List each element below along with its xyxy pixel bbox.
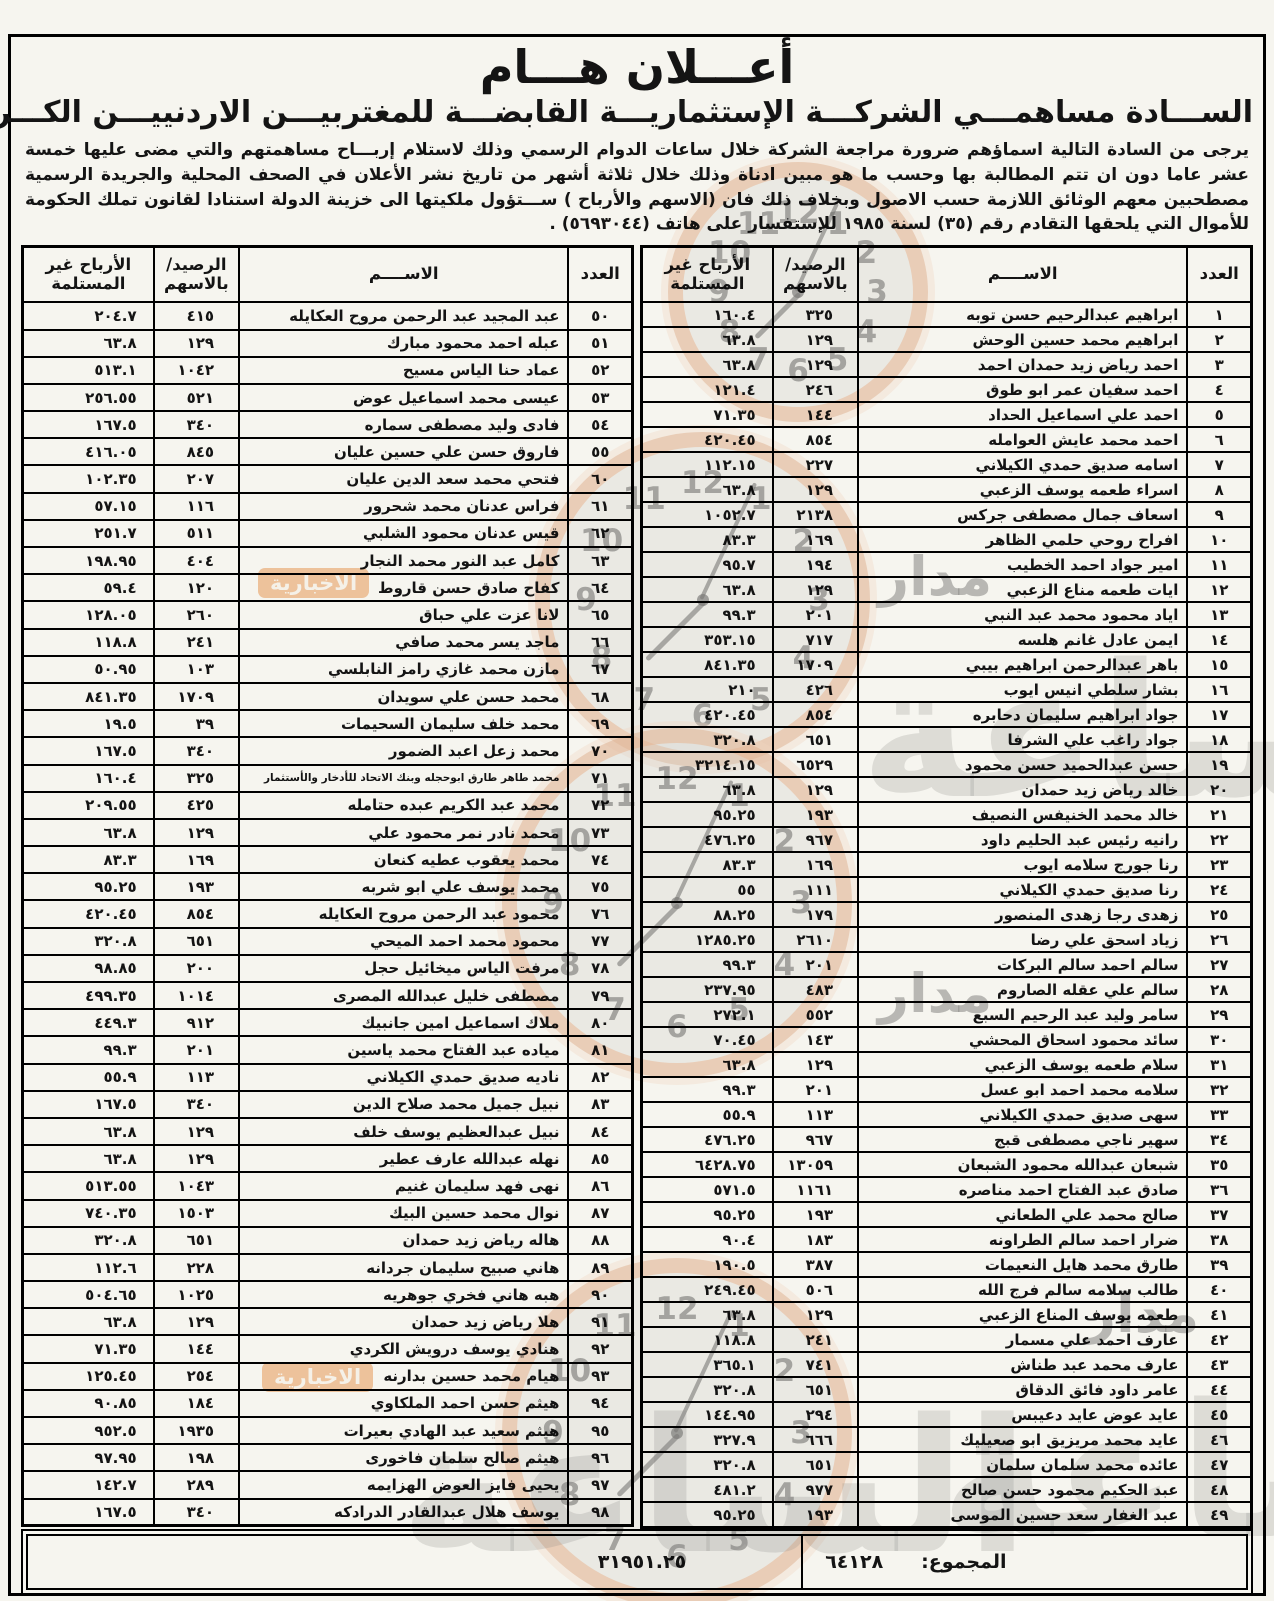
table-row: ٣٨ضرار احمد سالم الطراونه١٨٣٩٠.٤ — [642, 1227, 1252, 1252]
row-number: ٩٢ — [568, 1335, 632, 1362]
unclaimed-profits: ٤٩٩.٣٥ — [23, 982, 154, 1009]
shareholder-name: نبيل عبدالعظيم يوسف خلف — [239, 1118, 568, 1145]
unclaimed-profits: ١٤٤.٩٥ — [642, 1402, 773, 1427]
shareholder-name: ناديه صديق حمدي الكيلاني — [239, 1064, 568, 1091]
shareholder-name: كامل عبد النور محمد النجار — [239, 547, 568, 574]
shares-balance: ٢٠١ — [773, 1077, 858, 1102]
unclaimed-profits: ١١٢.١٥ — [642, 452, 773, 477]
table-row: ١٨جواد راغب علي الشرفا٦٥١٣٢٠.٨ — [642, 727, 1252, 752]
unclaimed-profits: ١٩٨.٩٥ — [23, 547, 154, 574]
unclaimed-profits: ٨٣.٣ — [642, 852, 773, 877]
shares-balance: ١٢٩ — [154, 819, 239, 846]
col-header-profits-line1: الأرباح غير — [664, 255, 750, 274]
totals-shares-cell: المجموع: ٦٤١٢٨ — [801, 1536, 1246, 1588]
unclaimed-profits: ٢٠٤.٧ — [23, 302, 154, 329]
table-row: ٣١سلام طعمه يوسف الزعبي١٢٩٦٣.٨ — [642, 1052, 1252, 1077]
unclaimed-profits: ٥٥.٩ — [642, 1102, 773, 1127]
unclaimed-profits: ٥٥ — [642, 877, 773, 902]
shareholder-name: ماجد يسر محمد صافي — [239, 629, 568, 656]
shares-balance: ٦٦٦ — [773, 1427, 858, 1452]
table-header-row: العدد الاســــم الرصيد/بالاسهم الأرباح غ… — [642, 246, 1252, 302]
unclaimed-profits: ٥١٣.٥٥ — [23, 1172, 154, 1199]
shares-balance: ٣٤٠ — [154, 737, 239, 764]
shareholder-name: هاني صبيح سليمان جردانه — [239, 1254, 568, 1281]
unclaimed-profits: ١١٨.٨ — [642, 1327, 773, 1352]
unclaimed-profits: ٩٥٢.٥ — [23, 1417, 154, 1444]
shares-balance: ٢٠٧ — [154, 465, 239, 492]
table-row: ٩اسعاف جمال مصطفى جركس٢١٣٨١٠٥٢.٧ — [642, 502, 1252, 527]
row-number: ٤٧ — [1187, 1452, 1251, 1477]
row-number: ٤٠ — [1187, 1277, 1251, 1302]
col-header-profits: الأرباح غيرالمستلمة — [642, 246, 773, 302]
shareholder-name: زياد اسحق علي رضا — [858, 927, 1187, 952]
row-number: ٨١ — [568, 1036, 632, 1063]
shareholder-name: مياده عبد الفتاح محمد ياسين — [239, 1036, 568, 1063]
unclaimed-profits: ٣٢١٤.١٥ — [642, 752, 773, 777]
shareholder-name: محمد خلف سليمان السحيمات — [239, 710, 568, 737]
unclaimed-profits: ٦٤٢٨.٧٥ — [642, 1152, 773, 1177]
shareholder-name: ايات طعمه مناع الزعبي — [858, 577, 1187, 602]
table-row: ٤٨عبد الحكيم محمود حسن صالح٩٧٧٤٨١.٢ — [642, 1477, 1252, 1502]
shares-balance: ١١٣ — [154, 1064, 239, 1091]
table-row: ١٢ايات طعمه مناع الزعبي١٢٩٦٣.٨ — [642, 577, 1252, 602]
shareholder-name: نهى فهد سليمان غنيم — [239, 1172, 568, 1199]
shares-balance: ٢٠٠ — [154, 955, 239, 982]
shareholder-name: هيام محمد حسين بدارنه — [239, 1363, 568, 1390]
shareholder-name: محمد نادر نمر محمود علي — [239, 819, 568, 846]
row-number: ٩٧ — [568, 1471, 632, 1498]
shareholder-name: سالم علي عقله الصاروم — [858, 977, 1187, 1002]
shares-balance: ٢٠١ — [773, 952, 858, 977]
col-header-balance-line1: الرصيد/ — [785, 255, 845, 274]
shareholder-name: مازن محمد غازي رامز النابلسي — [239, 656, 568, 683]
col-header-profits-line2: المستلمة — [670, 274, 744, 293]
announcement-subtitle: الســـادة مساهمـــي الشركـــة الإستثماري… — [21, 95, 1253, 131]
shares-balance: ٣٨٧ — [773, 1252, 858, 1277]
shareholder-name: محمد عبد الكريم عبده حتامله — [239, 792, 568, 819]
shareholder-name: احمد سفيان عمر ابو طوق — [858, 377, 1187, 402]
row-number: ٣٠ — [1187, 1027, 1251, 1052]
unclaimed-profits: ٩٨.٨٥ — [23, 955, 154, 982]
unclaimed-profits: ٢٣٧.٩٥ — [642, 977, 773, 1002]
unclaimed-profits: ٣٢٧.٩ — [642, 1427, 773, 1452]
row-number: ٦٤ — [568, 574, 632, 601]
shares-balance: ١٣٠٥٩ — [773, 1152, 858, 1177]
shareholder-name: سهير ناجي مصطفى قبج — [858, 1127, 1187, 1152]
shareholder-name: اسراء طعمه يوسف الزعبي — [858, 477, 1187, 502]
shareholder-name: محمد طاهر طارق ابوحجله وبنك الاتحاد للأد… — [239, 765, 568, 792]
row-number: ٢٣ — [1187, 852, 1251, 877]
shareholder-name: جواد راغب علي الشرفا — [858, 727, 1187, 752]
row-number: ٣٩ — [1187, 1252, 1251, 1277]
table-row: ٨اسراء طعمه يوسف الزعبي١٢٩٦٣.٨ — [642, 477, 1252, 502]
table-row: ٧٤محمد يعقوب عطيه كنعان١٦٩٨٣.٣ — [23, 846, 633, 873]
row-number: ٨٥ — [568, 1145, 632, 1172]
row-number: ٦٧ — [568, 656, 632, 683]
unclaimed-profits: ٩٥.٢٥ — [23, 873, 154, 900]
row-number: ٢١ — [1187, 802, 1251, 827]
shareholder-name: خالد محمد الخنيفس النصيف — [858, 802, 1187, 827]
table-row: ٤٧عائده محمد سلمان سلمان٦٥١٣٢٠.٨ — [642, 1452, 1252, 1477]
shares-balance: ١٩٣ — [154, 873, 239, 900]
shares-balance: ٥٠٦ — [773, 1277, 858, 1302]
table-row: ٧٢محمد عبد الكريم عبده حتامله٤٢٥٢٠٩.٥٥ — [23, 792, 633, 819]
unclaimed-profits: ٤٢٠.٤٥ — [642, 427, 773, 452]
table-row: ٦احمد محمد عايش العوامله٨٥٤٤٢٠.٤٥ — [642, 427, 1252, 452]
shareholder-name: عايد عوض عايد دعيبس — [858, 1402, 1187, 1427]
unclaimed-profits: ٣٥٣.١٥ — [642, 627, 773, 652]
unclaimed-profits: ٩٥.٢٥ — [642, 1502, 773, 1527]
shares-balance: ١٤٤ — [154, 1335, 239, 1362]
col-header-number: العدد — [1187, 246, 1251, 302]
shares-balance: ٤١٥ — [154, 302, 239, 329]
table-row: ٣٠سائد محمود اسحاق المحشي١٤٣٧٠.٤٥ — [642, 1027, 1252, 1052]
row-number: ٣ — [1187, 352, 1251, 377]
row-number: ٦ — [1187, 427, 1251, 452]
totals-bar-inner: المجموع: ٦٤١٢٨ ٣١٩٥١.٢٥ — [26, 1534, 1248, 1590]
unclaimed-profits: ١٦٧.٥ — [23, 1499, 154, 1526]
table-row: ٩٥هيثم سعيد عبد الهادي بعيرات١٩٣٥٩٥٢.٥ — [23, 1417, 633, 1444]
table-row: ٣٣سهى صديق حمدي الكيلاني١١٣٥٥.٩ — [642, 1102, 1252, 1127]
table-row: ٢٩سامر وليد عبد الرحيم السبع٥٥٢٢٧٢.١ — [642, 1002, 1252, 1027]
shareholder-name: طعمه يوسف المناع الزعبي — [858, 1302, 1187, 1327]
table-row: ٨٨هاله رياض زيد حمدان٦٥١٣٢٠.٨ — [23, 1227, 633, 1254]
row-number: ٨٧ — [568, 1200, 632, 1227]
table-row: ٨٣نبيل جميل محمد صلاح الدين٣٤٠١٦٧.٥ — [23, 1091, 633, 1118]
unclaimed-profits: ١١٢.٦ — [23, 1254, 154, 1281]
shareholder-name: فراس عدنان محمد شحرور — [239, 493, 568, 520]
shareholder-name: هيثم سعيد عبد الهادي بعيرات — [239, 1417, 568, 1444]
shares-balance: ٨٤٥ — [154, 438, 239, 465]
row-number: ٦٩ — [568, 710, 632, 737]
shares-balance: ٤٢٥ — [154, 792, 239, 819]
table-row: ٩٦هيثم صالح سلمان فاخورى١٩٨٩٧.٩٥ — [23, 1444, 633, 1471]
unclaimed-profits: ٦٣.٨ — [642, 1302, 773, 1327]
shares-balance: ٣٢٥ — [773, 302, 858, 327]
unclaimed-profits: ١٦٧.٥ — [23, 411, 154, 438]
row-number: ٥٢ — [568, 357, 632, 384]
shareholder-name: رنا صديق حمدي الكيلاني — [858, 877, 1187, 902]
unclaimed-profits: ٨٤١.٣٥ — [23, 683, 154, 710]
unclaimed-profits: ٤٨١.٢ — [642, 1477, 773, 1502]
row-number: ٣٣ — [1187, 1102, 1251, 1127]
row-number: ٧ — [1187, 452, 1251, 477]
shareholder-name: ابراهيم محمد حسين الوحش — [858, 327, 1187, 352]
shareholder-name: اسامه صديق حمدي الكيلاني — [858, 452, 1187, 477]
shares-balance: ٦٥١ — [773, 727, 858, 752]
unclaimed-profits: ٣٢٠.٨ — [642, 1377, 773, 1402]
shares-balance: ٨٥٤ — [154, 900, 239, 927]
table-header-row: العدد الاســــم الرصيد/بالاسهم الأرباح غ… — [23, 246, 633, 302]
shares-balance: ١٢٩ — [154, 330, 239, 357]
table-row: ٩٠هبه هاني فخري جوهريه١٠٢٥٥٠٤.٦٥ — [23, 1281, 633, 1308]
shareholders-tables: العدد الاســــم الرصيد/بالاسهم الأرباح غ… — [21, 245, 1253, 1529]
row-number: ٤١ — [1187, 1302, 1251, 1327]
table-row: ٢٤رنا صديق حمدي الكيلاني١١١٥٥ — [642, 877, 1252, 902]
row-number: ٧٥ — [568, 873, 632, 900]
row-number: ٢٨ — [1187, 977, 1251, 1002]
unclaimed-profits: ٥٧.١٥ — [23, 493, 154, 520]
unclaimed-profits: ٩٥.٧ — [642, 552, 773, 577]
unclaimed-profits: ١٤٢.٧ — [23, 1471, 154, 1498]
row-number: ٢ — [1187, 327, 1251, 352]
announcement-title: أعـــلان هـــام — [21, 43, 1253, 91]
shares-balance: ٢٤٦ — [773, 377, 858, 402]
row-number: ٤٢ — [1187, 1327, 1251, 1352]
shareholder-name: بشار سلطي انيس ايوب — [858, 677, 1187, 702]
row-number: ٤٤ — [1187, 1377, 1251, 1402]
shares-balance: ١٤٣ — [773, 1027, 858, 1052]
table-row: ٥احمد علي اسماعيل الحداد١٤٤٧١.٣٥ — [642, 402, 1252, 427]
table-row: ٨٥نهله عبدالله عارف عطير١٢٩٦٣.٨ — [23, 1145, 633, 1172]
shares-balance: ١٩٣٥ — [154, 1417, 239, 1444]
shares-balance: ٥١١ — [154, 520, 239, 547]
unclaimed-profits: ٨٤١.٣٥ — [642, 652, 773, 677]
shareholder-name: اسعاف جمال مصطفى جركس — [858, 502, 1187, 527]
shares-balance: ١٢٩ — [773, 477, 858, 502]
shareholder-name: هيثم حسن احمد الملكاوي — [239, 1390, 568, 1417]
shares-balance: ٤٢٦ — [773, 677, 858, 702]
table-row: ٤٥عايد عوض عايد دعيبس٢٩٤١٤٤.٩٥ — [642, 1402, 1252, 1427]
unclaimed-profits: ٢٥٦.٥٥ — [23, 384, 154, 411]
table-row: ٤١طعمه يوسف المناع الزعبي١٢٩٦٣.٨ — [642, 1302, 1252, 1327]
shareholder-name: شبعان عبدالله محمود الشبعان — [858, 1152, 1187, 1177]
unclaimed-profits: ٢٤٩.٤٥ — [642, 1277, 773, 1302]
table-row: ٦٠فتحي محمد سعد الدين عليان٢٠٧١٠٢.٣٥ — [23, 465, 633, 492]
table-row: ٨٧نوال محمد حسين البيك١٥٠٣٧٤٠.٣٥ — [23, 1200, 633, 1227]
shareholders-table-1-49: العدد الاســــم الرصيد/بالاسهم الأرباح غ… — [640, 245, 1253, 1529]
unclaimed-profits: ٦٣.٨ — [23, 1308, 154, 1335]
table-row: ٢ابراهيم محمد حسين الوحش١٢٩٦٣.٨ — [642, 327, 1252, 352]
shares-balance: ١٠٢٥ — [154, 1281, 239, 1308]
table-row: ٥٥فاروق حسن علي حسين عليان٨٤٥٤١٦.٠٥ — [23, 438, 633, 465]
unclaimed-profits: ١٩.٥ — [23, 710, 154, 737]
row-number: ١٩ — [1187, 752, 1251, 777]
table-row: ٨٠ملاك اسماعيل امين جانبيك٩١٢٤٤٩.٣ — [23, 1009, 633, 1036]
unclaimed-profits: ٩٧.٩٥ — [23, 1444, 154, 1471]
shareholder-name: مرفت الياس ميخائيل حجل — [239, 955, 568, 982]
unclaimed-profits: ٦٣.٨ — [642, 777, 773, 802]
table-row: ٣٢سلامه محمد احمد ابو عسل٢٠١٩٩.٣ — [642, 1077, 1252, 1102]
shares-balance: ١٩٣ — [773, 1502, 858, 1527]
unclaimed-profits: ١٦٧.٥ — [23, 737, 154, 764]
shareholder-name: احمد رياض زيد حمدان احمد — [858, 352, 1187, 377]
unclaimed-profits: ٥٠.٩٥ — [23, 656, 154, 683]
table-row: ٩٣هيام محمد حسين بدارنه٢٥٤١٢٥.٤٥ — [23, 1363, 633, 1390]
shareholder-name: يوسف هلال عبدالقادر الدرادكه — [239, 1499, 568, 1526]
shareholder-name: احمد محمد عايش العوامله — [858, 427, 1187, 452]
table-row: ٥١عبله احمد محمود مبارك١٢٩٦٣.٨ — [23, 330, 633, 357]
unclaimed-profits: ٢١٠ — [642, 677, 773, 702]
shares-balance: ١٠١٤ — [154, 982, 239, 1009]
unclaimed-profits: ٩٥.٢٥ — [642, 1202, 773, 1227]
shares-balance: ٤٠٤ — [154, 547, 239, 574]
row-number: ٢٥ — [1187, 902, 1251, 927]
row-number: ٣٨ — [1187, 1227, 1251, 1252]
unclaimed-profits: ٩٩.٣ — [642, 1077, 773, 1102]
shareholder-name: عيسى محمد اسماعيل عوض — [239, 384, 568, 411]
row-number: ٦٨ — [568, 683, 632, 710]
row-number: ٥٣ — [568, 384, 632, 411]
shares-balance: ١٠٤٢ — [154, 357, 239, 384]
unclaimed-profits: ١١٨.٨ — [23, 629, 154, 656]
totals-profits-value: ٣١٩٥١.٢٥ — [598, 1551, 686, 1573]
shareholder-name: فتحي محمد سعد الدين عليان — [239, 465, 568, 492]
table-row: ٤٢عارف احمد علي مسمار٢٤١١١٨.٨ — [642, 1327, 1252, 1352]
table-row: ٣٥شبعان عبدالله محمود الشبعان١٣٠٥٩٦٤٢٨.٧… — [642, 1152, 1252, 1177]
unclaimed-profits: ٦٣.٨ — [642, 352, 773, 377]
shares-balance: ٦٥١ — [773, 1452, 858, 1477]
shareholder-name: سلامه محمد احمد ابو عسل — [858, 1077, 1187, 1102]
table-row: ٧٥محمد يوسف علي ابو شربه١٩٣٩٥.٢٥ — [23, 873, 633, 900]
row-number: ٢٦ — [1187, 927, 1251, 952]
shareholder-name: عبله احمد محمود مبارك — [239, 330, 568, 357]
row-number: ١٦ — [1187, 677, 1251, 702]
table-row: ٨٦نهى فهد سليمان غنيم١٠٤٣٥١٣.٥٥ — [23, 1172, 633, 1199]
shares-balance: ١١٦ — [154, 493, 239, 520]
shareholder-name: سلام طعمه يوسف الزعبي — [858, 1052, 1187, 1077]
table-row: ٦٤كفاح صادق حسن قاروط١٢٠٥٩.٤ — [23, 574, 633, 601]
table-row: ٩١هلا رياض زيد حمدان١٢٩٦٣.٨ — [23, 1308, 633, 1335]
row-number: ٨٠ — [568, 1009, 632, 1036]
row-number: ٨ — [1187, 477, 1251, 502]
shareholder-name: سهى صديق حمدي الكيلاني — [858, 1102, 1187, 1127]
row-number: ٩٣ — [568, 1363, 632, 1390]
row-number: ٩٦ — [568, 1444, 632, 1471]
table-row: ٢٨سالم علي عقله الصاروم٤٨٣٢٣٧.٩٥ — [642, 977, 1252, 1002]
shareholder-name: ابراهيم عبدالرحيم حسن توبه — [858, 302, 1187, 327]
shares-balance: ٢٠١ — [773, 602, 858, 627]
table-row: ٨١مياده عبد الفتاح محمد ياسين٢٠١٩٩.٣ — [23, 1036, 633, 1063]
unclaimed-profits: ٥٩.٤ — [23, 574, 154, 601]
unclaimed-profits: ٤٧٦.٢٥ — [642, 1127, 773, 1152]
shares-balance: ١٦٩ — [773, 527, 858, 552]
unclaimed-profits: ٦٣.٨ — [642, 1052, 773, 1077]
unclaimed-profits: ٩٥.٢٥ — [642, 802, 773, 827]
table-row: ١٥باهر عبدالرحمن ابراهيم بيبي١٧٠٩٨٤١.٣٥ — [642, 652, 1252, 677]
shareholder-name: نبيل جميل محمد صلاح الدين — [239, 1091, 568, 1118]
shareholder-name: مصطفى خليل عبدالله المصرى — [239, 982, 568, 1009]
unclaimed-profits: ٩٠.٤ — [642, 1227, 773, 1252]
shares-balance: ١٢٩ — [773, 352, 858, 377]
shares-balance: ٢٢٧ — [773, 452, 858, 477]
shareholder-name: عبد المجيد عبد الرحمن مروح العكايله — [239, 302, 568, 329]
shares-balance: ١٩٣ — [773, 802, 858, 827]
table-row: ١٩حسن عبدالحميد حسن محمود٦٥٢٩٣٢١٤.١٥ — [642, 752, 1252, 777]
row-number: ٧٦ — [568, 900, 632, 927]
unclaimed-profits: ٧٤٠.٣٥ — [23, 1200, 154, 1227]
unclaimed-profits: ٨٣.٣ — [23, 846, 154, 873]
table-row: ٢١خالد محمد الخنيفس النصيف١٩٣٩٥.٢٥ — [642, 802, 1252, 827]
table-row: ٧اسامه صديق حمدي الكيلاني٢٢٧١١٢.١٥ — [642, 452, 1252, 477]
shares-balance: ١١٣ — [773, 1102, 858, 1127]
shares-balance: ٢٨٩ — [154, 1471, 239, 1498]
row-number: ٩٨ — [568, 1499, 632, 1526]
table-row: ٢٢رانيه رئيس عبد الحليم داود٩٦٧٤٧٦.٢٥ — [642, 827, 1252, 852]
col-header-profits: الأرباح غيرالمستلمة — [23, 246, 154, 302]
shares-balance: ٦٥١ — [773, 1377, 858, 1402]
table-row: ٣٦صادق عبد الفتاح احمد مناصره١١٦١٥٧١.٥ — [642, 1177, 1252, 1202]
row-number: ٣٤ — [1187, 1127, 1251, 1152]
unclaimed-profits: ٨٨.٢٥ — [642, 902, 773, 927]
table-row: ٣٧صالح محمد علي الطعاني١٩٣٩٥.٢٥ — [642, 1202, 1252, 1227]
shares-balance: ٢٥٤ — [154, 1363, 239, 1390]
row-number: ٥١ — [568, 330, 632, 357]
shares-balance: ١٠٣ — [154, 656, 239, 683]
shares-balance: ٨٥٤ — [773, 702, 858, 727]
newspaper-announcement-page: 123456789101112 123456789101112 12345678… — [0, 0, 1274, 1601]
row-number: ٧٧ — [568, 928, 632, 955]
row-number: ٩ — [1187, 502, 1251, 527]
col-header-profits-line1: الأرباح غير — [45, 255, 131, 274]
table-row: ٢٦زياد اسحق علي رضا٢٦١٠١٢٨٥.٢٥ — [642, 927, 1252, 952]
unclaimed-profits: ٣٢٠.٨ — [23, 1227, 154, 1254]
table-row: ١١امير جواد احمد الخطيب١٩٤٩٥.٧ — [642, 552, 1252, 577]
unclaimed-profits: ٧١.٣٥ — [23, 1335, 154, 1362]
shares-balance: ٣٤٠ — [154, 1499, 239, 1526]
row-number: ١١ — [1187, 552, 1251, 577]
row-number: ٧١ — [568, 765, 632, 792]
shares-balance: ٣٩ — [154, 710, 239, 737]
shareholder-name: زهدى رجا زهدى المنصور — [858, 902, 1187, 927]
row-number: ١ — [1187, 302, 1251, 327]
row-number: ١٥ — [1187, 652, 1251, 677]
unclaimed-profits: ١٢٥.٤٥ — [23, 1363, 154, 1390]
shareholder-name: رانيه رئيس عبد الحليم داود — [858, 827, 1187, 852]
shareholder-name: هلا رياض زيد حمدان — [239, 1308, 568, 1335]
table-row: ٢٣رنا جورج سلامه ايوب١٦٩٨٣.٣ — [642, 852, 1252, 877]
shareholder-name: ملاك اسماعيل امين جانبيك — [239, 1009, 568, 1036]
unclaimed-profits: ١٢١.٤ — [642, 377, 773, 402]
shares-balance: ١٠٤٣ — [154, 1172, 239, 1199]
shares-balance: ٣٤٠ — [154, 1091, 239, 1118]
shareholder-name: نهله عبدالله عارف عطير — [239, 1145, 568, 1172]
table-row: ٣٩طارق محمد هايل النعيمات٣٨٧١٩٠.٥ — [642, 1252, 1252, 1277]
shares-balance: ٢١٣٨ — [773, 502, 858, 527]
shareholder-name: رنا جورج سلامه ايوب — [858, 852, 1187, 877]
unclaimed-profits: ١٢٨.٠٥ — [23, 601, 154, 628]
table-row: ٦٥لانا عزت علي حباق٢٦٠١٢٨.٠٥ — [23, 601, 633, 628]
table-row: ٦٦ماجد يسر محمد صافي٢٤١١١٨.٨ — [23, 629, 633, 656]
shares-balance: ٦٥١ — [154, 928, 239, 955]
shareholder-name: اياد محمود محمد عبد النبي — [858, 602, 1187, 627]
shareholder-name: عبد الغفار سعد حسين الموسى — [858, 1502, 1187, 1527]
shares-balance: ٩٦٧ — [773, 1127, 858, 1152]
unclaimed-profits: ١٦٧.٥ — [23, 1091, 154, 1118]
shares-balance: ١٢٩ — [773, 777, 858, 802]
unclaimed-profits: ٩٩.٣ — [642, 602, 773, 627]
shares-balance: ٧٤١ — [773, 1352, 858, 1377]
row-number: ٧٩ — [568, 982, 632, 1009]
shares-balance: ١٧٩ — [773, 902, 858, 927]
table-row: ٤٦عايد محمد مريزيق ابو صعيليك٦٦٦٣٢٧.٩ — [642, 1427, 1252, 1452]
table-row: ٦١فراس عدنان محمد شحرور١١٦٥٧.١٥ — [23, 493, 633, 520]
row-number: ٨٨ — [568, 1227, 632, 1254]
shareholder-name: كفاح صادق حسن قاروط — [239, 574, 568, 601]
col-header-balance-line2: بالاسهم — [164, 274, 229, 293]
unclaimed-profits: ٦٣.٨ — [23, 330, 154, 357]
col-header-balance-line2: بالاسهم — [783, 274, 848, 293]
table-row: ٧١محمد طاهر طارق ابوحجله وبنك الاتحاد لل… — [23, 765, 633, 792]
row-number: ٣٧ — [1187, 1202, 1251, 1227]
row-number: ٥٥ — [568, 438, 632, 465]
shareholder-name: هاله رياض زيد حمدان — [239, 1227, 568, 1254]
table-row: ٨٤نبيل عبدالعظيم يوسف خلف١٢٩٦٣.٨ — [23, 1118, 633, 1145]
row-number: ٨٢ — [568, 1064, 632, 1091]
shares-balance: ١٧٠٩ — [773, 652, 858, 677]
row-number: ٣٢ — [1187, 1077, 1251, 1102]
unclaimed-profits: ٣٢٠.٨ — [23, 928, 154, 955]
